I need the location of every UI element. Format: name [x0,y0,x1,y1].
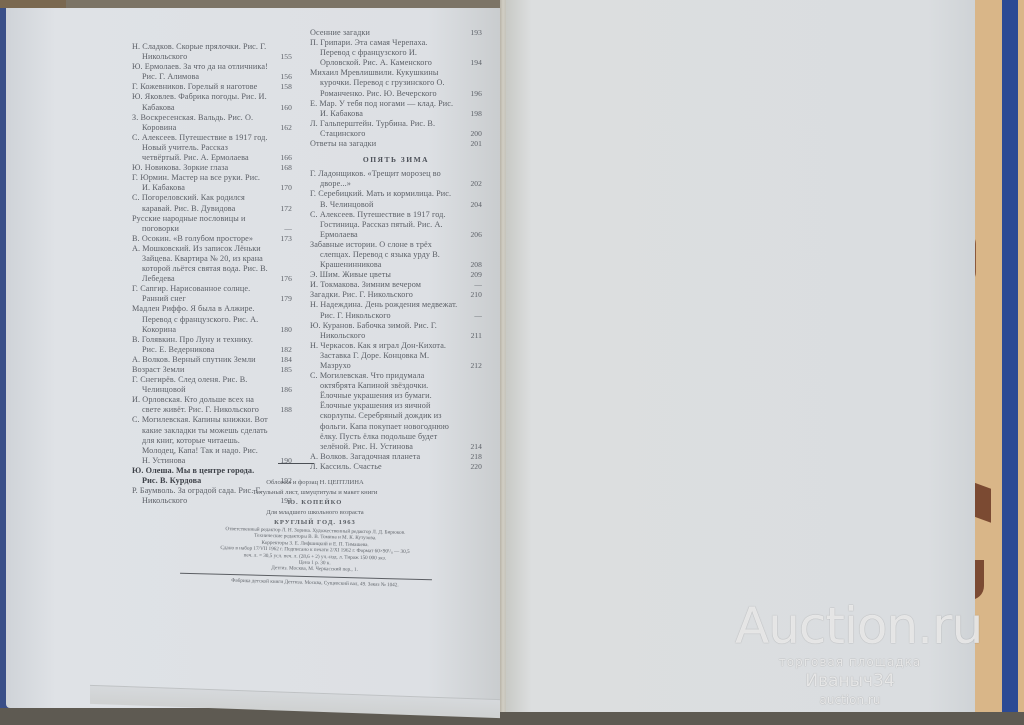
toc-entry-page: 184 [272,355,292,365]
book-cover-blue-stripe [1002,0,1018,712]
toc-entry-title: Забавные истории. О слоне в трёх слепцах… [310,240,458,270]
toc-entry: Ю. Новикова. Зоркие глаза168 [132,163,292,173]
toc-entry-page: 201 [462,139,482,149]
toc-entry: С. Могилевская. Капины книжки. Вот какие… [132,415,292,465]
toc-entry: А. Мошковский. Из записок Лёньки Зайцева… [132,244,292,284]
toc-entry: Г. Снегирёв. След оленя. Рис. В. Челинцо… [132,375,292,395]
toc-entry-page: — [462,280,482,290]
toc-entry-title: Возраст Земли [132,365,268,375]
toc-entry-title: Ю. Ермолаев. За что да на отличника! Рис… [132,62,268,82]
toc-entry-title: С. Могилевская. Капины книжки. Вот какие… [132,415,268,465]
toc-entry-title: Н. Черкасов. Как я играл Дон-Кихота. Зас… [310,341,458,371]
toc-entry-page: 206 [462,230,482,240]
toc-entry-page: 190 [272,456,292,466]
toc-entry: Ю. Ермолаев. За что да на отличника! Рис… [132,62,292,82]
toc-entry-title: Н. Надеждина. День рождения медвежат. Ри… [310,300,458,320]
toc-entry-page: 186 [272,385,292,395]
toc-entry-title: С. Алексеев. Путешествие в 1917 год. Нов… [132,133,268,163]
toc-entry-page: 156 [272,72,292,82]
toc-entry-title: Ответы на загадки [310,139,458,149]
title-artist: Ю. КОПЕЙКО [170,498,460,508]
audience: Для младшего школьного возраста [170,508,460,518]
toc-entry: Л. Гальперштейн. Турбина. Рис. В. Стацин… [310,119,482,139]
toc-entry-page: 209 [462,270,482,280]
toc-entry-page: 166 [272,153,292,163]
toc-entry-page: 173 [272,234,292,244]
toc-entry: Мадлен Риффо. Я была в Алжире. Перевод с… [132,304,292,334]
toc-entry-title: Г. Снегирёв. След оленя. Рис. В. Челинцо… [132,375,268,395]
toc-entry-page: 180 [272,325,292,335]
watermark-domain: auction.ru [735,692,965,708]
toc-entry-title: Г. Сапгир. Нарисованное солнце. Ранний с… [132,284,268,304]
imprint: Ответственный редактор Л. Н. Зорина. Худ… [175,525,456,576]
toc-entry-page: — [272,224,292,234]
toc-entry: Г. Юрмин. Мастер на все руки. Рис. И. Ка… [132,173,292,193]
toc-entry-page: 168 [272,163,292,173]
toc-entry-title: Э. Шим. Живые цветы [310,270,458,280]
toc-entry-title: А. Волков. Загадочная планета [310,452,458,462]
toc-entry: Осенние загадки193 [310,28,482,38]
toc-entry-title: П. Грипари. Эта самая Черепаха. Перевод … [310,38,458,68]
toc-entry-title: Загадки. Рис. Г. Никольского [310,290,458,300]
toc-entry-title: Осенние загадки [310,28,458,38]
section-heading: ОПЯТЬ ЗИМА [310,155,482,165]
toc-entry-page: 176 [272,274,292,284]
toc-left-column: Н. Сладков. Скорые прялочки. Рис. Г. Ник… [132,42,292,506]
toc-entry: Г. Сапгир. Нарисованное солнце. Ранний с… [132,284,292,304]
toc-entry-page: 182 [272,345,292,355]
toc-entry: Л. Кассиль. Счастье220 [310,462,482,472]
toc-entry: С. Алексеев. Путешествие в 1917 год. Гос… [310,210,482,240]
watermark: Auction.ru торговая площадка Иваныч34 au… [735,598,965,708]
toc-entry-title: Ю. Яковлев. Фабрика погоды. Рис. И. Каба… [132,92,268,112]
toc-entry-title: И. Токмакова. Зимним вечером [310,280,458,290]
toc-entry: Возраст Земли185 [132,365,292,375]
toc-entry-page: 160 [272,103,292,113]
watermark-user: Иваныч34 [735,670,965,692]
toc-entry: С. Могилевская. Что придумала октябрята … [310,371,482,452]
book-gutter [500,0,506,712]
toc-entry: Забавные истории. О слоне в трёх слепцах… [310,240,482,270]
toc-entry-title: С. Погореловский. Как родился каравай. Р… [132,193,268,213]
toc-entry-title: С. Алексеев. Путешествие в 1917 год. Гос… [310,210,458,240]
toc-entry-page: 155 [272,52,292,62]
toc-entry-page: 211 [462,331,482,341]
title-credit: Титульный лист, шмуцтитулы и макет книги [170,488,460,498]
toc-right-column: Осенние загадки193П. Грипари. Эта самая … [310,28,482,472]
toc-entry: Г. Кожевников. Горелый я наготове158 [132,82,292,92]
toc-entry: П. Грипари. Эта самая Черепаха. Перевод … [310,38,482,68]
toc-entry: Г. Ладонщиков. «Трещит морозец во дворе.… [310,169,482,189]
toc-entry-page: — [462,311,482,321]
toc-entry-page: 194 [462,58,482,68]
toc-entry-page: 210 [462,290,482,300]
toc-entry: З. Воскресенская. Вальдь. Рис. О. Корови… [132,113,292,133]
divider [278,463,314,464]
toc-entry: Ю. Яковлев. Фабрика погоды. Рис. И. Каба… [132,92,292,112]
toc-entry-title: Е. Мар. У тебя под ногами — клад. Рис. И… [310,99,458,119]
toc-entry: А. Волков. Загадочная планета218 [310,452,482,462]
toc-entry: Михаил Мревлишвили. Кукушкины курочки. П… [310,68,482,98]
toc-entry-title: Л. Гальперштейн. Турбина. Рис. В. Стацин… [310,119,458,139]
toc-entry-page: 185 [272,365,292,375]
toc-entry-page: 208 [462,260,482,270]
toc-entry: Ответы на загадки201 [310,139,482,149]
toc-entry: В. Осокин. «В голубом просторе»173 [132,234,292,244]
toc-entry: В. Голявкин. Про Луну и технику. Рис. Е.… [132,335,292,355]
toc-entry: Е. Мар. У тебя под ногами — клад. Рис. И… [310,99,482,119]
toc-entry: Н. Сладков. Скорые прялочки. Рис. Г. Ник… [132,42,292,62]
watermark-brand: Auction.ru [735,598,965,654]
toc-entry: Ю. Куранов. Бабочка зимой. Рис. Г. Никол… [310,321,482,341]
cover-credit: Обложка и форзац Н. ЦЕПТЛИНА [170,478,460,488]
toc-entry: Н. Черкасов. Как я играл Дон-Кихота. Зас… [310,341,482,371]
toc-entry-title: З. Воскресенская. Вальдь. Рис. О. Корови… [132,113,268,133]
toc-entry-title: В. Осокин. «В голубом просторе» [132,234,268,244]
toc-entry: Русские народные пословицы и поговорки— [132,214,292,234]
toc-entry-title: В. Голявкин. Про Луну и технику. Рис. Е.… [132,335,268,355]
toc-entry: Загадки. Рис. Г. Никольского210 [310,290,482,300]
colophon: Обложка и форзац Н. ЦЕПТЛИНА Титульный л… [170,478,460,528]
toc-entry-page: 212 [462,361,482,371]
toc-entry-page: 172 [272,204,292,214]
toc-entry-title: С. Могилевская. Что придумала октябрята … [310,371,458,452]
toc-entry: И. Орловская. Кто дольше всех на свете ж… [132,395,292,415]
toc-entry: Э. Шим. Живые цветы209 [310,270,482,280]
toc-entry-title: Г. Юрмин. Мастер на все руки. Рис. И. Ка… [132,173,268,193]
toc-entry-title: Михаил Мревлишвили. Кукушкины курочки. П… [310,68,458,98]
toc-entry: Н. Надеждина. День рождения медвежат. Ри… [310,300,482,320]
toc-entry-page: 170 [272,183,292,193]
toc-entry-page: 188 [272,405,292,415]
toc-entry-page: 200 [462,129,482,139]
toc-entry-page: 220 [462,462,482,472]
toc-entry-page: 214 [462,442,482,452]
toc-entry-title: Ю. Куранов. Бабочка зимой. Рис. Г. Никол… [310,321,458,341]
toc-entry: С. Погореловский. Как родился каравай. Р… [132,193,292,213]
toc-entry: Г. Серебицкий. Мать и кормилица. Рис. В.… [310,189,482,209]
toc-entry-title: Г. Ладонщиков. «Трещит морозец во дворе.… [310,169,458,189]
toc-entry-page: 218 [462,452,482,462]
watermark-subtitle: торговая площадка [735,654,965,670]
toc-entry: А. Волков. Верный спутник Земли184 [132,355,292,365]
toc-entry-page: 193 [462,28,482,38]
toc-entry: С. Алексеев. Путешествие в 1917 год. Нов… [132,133,292,163]
toc-entry-title: Русские народные пословицы и поговорки [132,214,268,234]
toc-entry-title: И. Орловская. Кто дольше всех на свете ж… [132,395,268,415]
toc-entry-title: Г. Кожевников. Горелый я наготове [132,82,268,92]
toc-entry-page: 198 [462,109,482,119]
toc-entry-title: Г. Серебицкий. Мать и кормилица. Рис. В.… [310,189,458,209]
toc-entry: И. Токмакова. Зимним вечером— [310,280,482,290]
toc-entry-page: 158 [272,82,292,92]
toc-entry-page: 202 [462,179,482,189]
toc-entry-page: 196 [462,89,482,99]
toc-entry-title: А. Волков. Верный спутник Земли [132,355,268,365]
toc-entry-title: А. Мошковский. Из записок Лёньки Зайцева… [132,244,268,284]
toc-entry-page: 204 [462,200,482,210]
toc-entry-title: Ю. Новикова. Зоркие глаза [132,163,268,173]
toc-entry-page: 179 [272,294,292,304]
toc-entry-title: Л. Кассиль. Счастье [310,462,458,472]
toc-entry-title: Н. Сладков. Скорые прялочки. Рис. Г. Ник… [132,42,268,62]
toc-entry-page: 162 [272,123,292,133]
toc-entry-title: Мадлен Риффо. Я была в Алжире. Перевод с… [132,304,268,334]
